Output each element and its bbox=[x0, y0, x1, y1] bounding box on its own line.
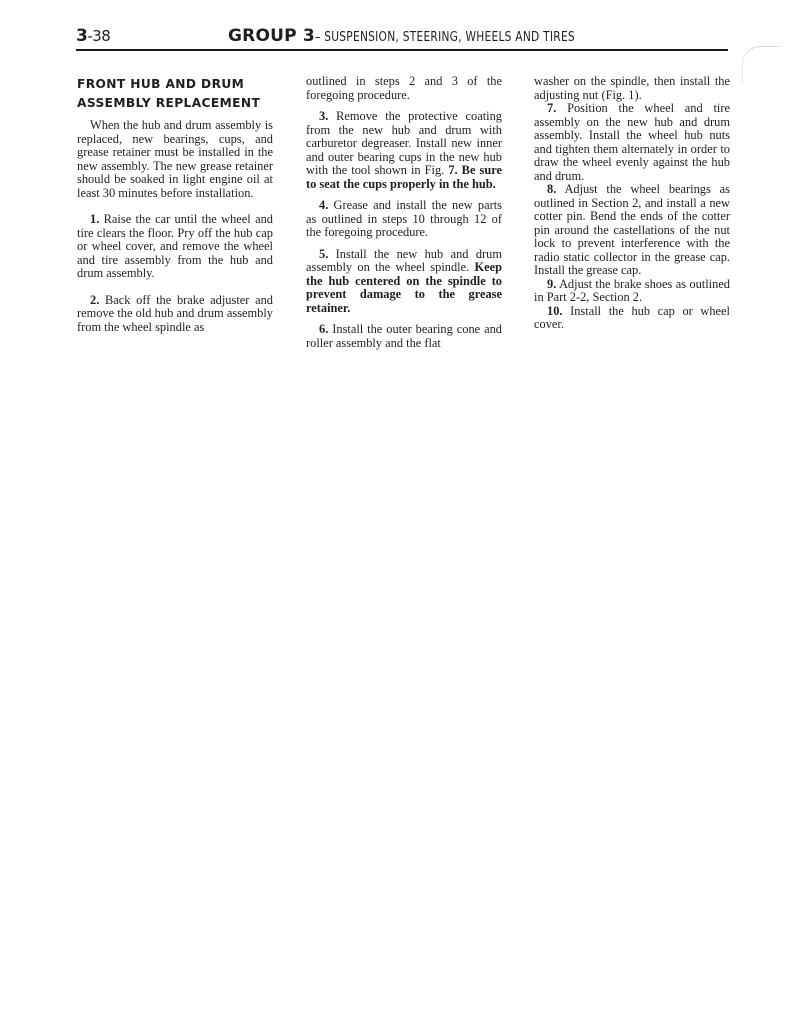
section-heading-line-1: FRONT HUB AND DRUM bbox=[77, 75, 273, 94]
section-heading: FRONT HUB AND DRUM ASSEMBLY REPLACEMENT bbox=[77, 75, 273, 113]
section-heading-line-2: ASSEMBLY REPLACEMENT bbox=[77, 94, 273, 113]
column-3: washer on the spindle, then install the … bbox=[534, 75, 730, 332]
page-corner-mark bbox=[742, 46, 779, 83]
step-2: 2. Back off the brake adjuster and remov… bbox=[77, 294, 273, 335]
step-6: 6. Install the outer bearing cone and ro… bbox=[306, 323, 502, 350]
step-5: 5. Install the new hub and drum assembly… bbox=[306, 248, 502, 316]
group-subtitle: – SUSPENSION, STEERING, WHEELS AND TIRES bbox=[315, 30, 575, 45]
step-6-continued: washer on the spindle, then install the … bbox=[534, 75, 730, 102]
step-8: 8. Adjust the wheel bearings as outlined… bbox=[534, 183, 730, 278]
intro-paragraph: When the hub and drum assembly is replac… bbox=[77, 119, 273, 200]
header-rule bbox=[76, 49, 728, 51]
column-1: FRONT HUB AND DRUM ASSEMBLY REPLACEMENT … bbox=[77, 75, 273, 334]
step-2-continued: outlined in steps 2 and 3 of the foregoi… bbox=[306, 75, 502, 102]
step-4: 4. Grease and install the new parts as o… bbox=[306, 199, 502, 240]
step-7: 7. Position the wheel and tire assembly … bbox=[534, 102, 730, 183]
group-label: GROUP 3 bbox=[228, 26, 315, 46]
step-1: 1. Raise the car until the wheel and tir… bbox=[77, 213, 273, 281]
step-3: 3. Remove the protective coating from th… bbox=[306, 110, 502, 191]
page-number-group: 3 bbox=[76, 26, 87, 46]
page-number-page: -38 bbox=[87, 27, 110, 45]
group-title: GROUP 3 – SUSPENSION, STEERING, WHEELS A… bbox=[228, 26, 632, 46]
step-9: 9. Adjust the brake shoes as outlined in… bbox=[534, 278, 730, 305]
page-number: 3-38 bbox=[76, 26, 110, 46]
column-2: outlined in steps 2 and 3 of the foregoi… bbox=[306, 75, 502, 350]
step-10: 10. Install the hub cap or wheel cover. bbox=[534, 305, 730, 332]
